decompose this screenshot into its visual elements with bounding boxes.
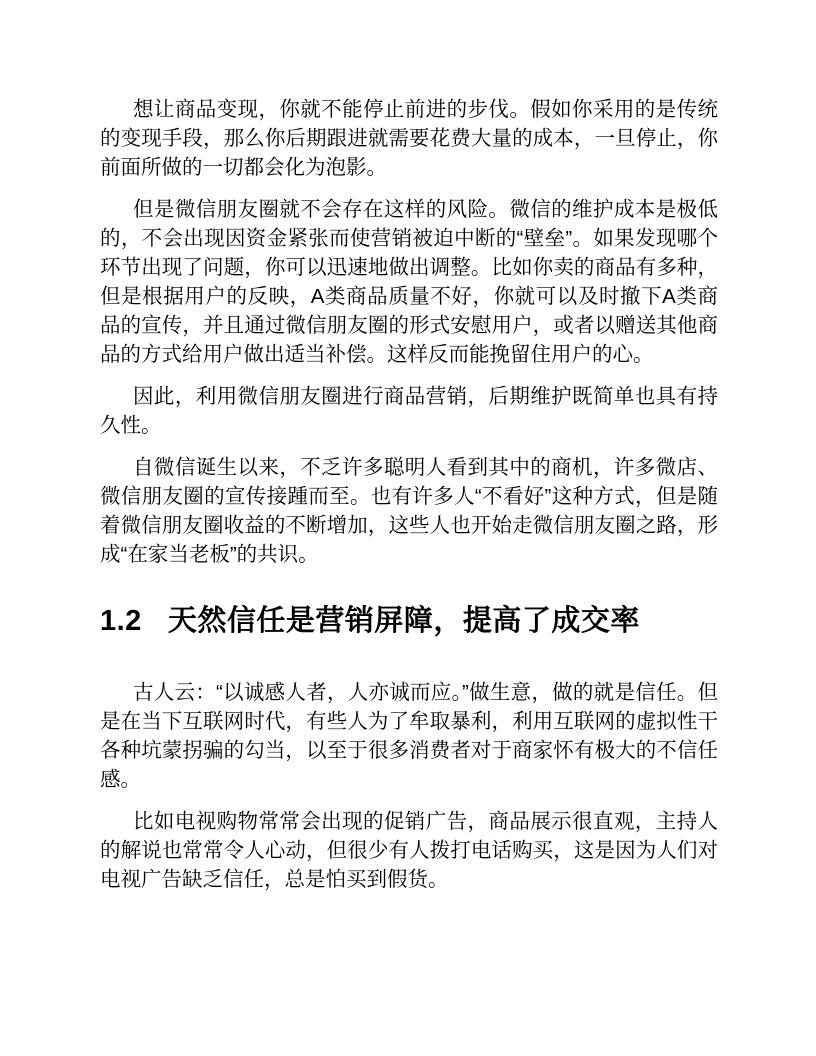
paragraph-tv-shopping: 比如电视购物常常会出现的促销广告，商品展示很直观，主持人的解说也常常令人心动，但… bbox=[100, 807, 718, 894]
paragraph-wechat-risk-free: 但是微信朋友圈就不会存在这样的风险。微信的维护成本是极低的，不会出现因资金紧张而… bbox=[100, 195, 718, 369]
paragraph-product-monetization: 想让商品变现，你就不能停止前进的步伐。假如你采用的是传统的变现手段，那么你后期跟… bbox=[100, 95, 718, 182]
section-heading: 1.2天然信任是营销屏障，提高了成交率 bbox=[100, 599, 718, 643]
paragraph-trust-quote: 古人云：“以诚感人者，人亦诚而应。”做生意，做的就是信任。但是在当下互联网时代，… bbox=[100, 678, 718, 794]
section-heading-title: 天然信任是营销屏障，提高了成交率 bbox=[168, 599, 640, 643]
paragraph-maintenance-conclusion: 因此，利用微信朋友圈进行商品营销，后期维护既简单也具有持久性。 bbox=[100, 382, 718, 440]
section-heading-number: 1.2 bbox=[100, 599, 142, 643]
paragraph-wechat-opportunity: 自微信诞生以来，不乏许多聪明人看到其中的商机，许多微店、微信朋友圈的宣传接踵而至… bbox=[100, 453, 718, 569]
document-page: 想让商品变现，你就不能停止前进的步伐。假如你采用的是传统的变现手段，那么你后期跟… bbox=[0, 0, 816, 1056]
